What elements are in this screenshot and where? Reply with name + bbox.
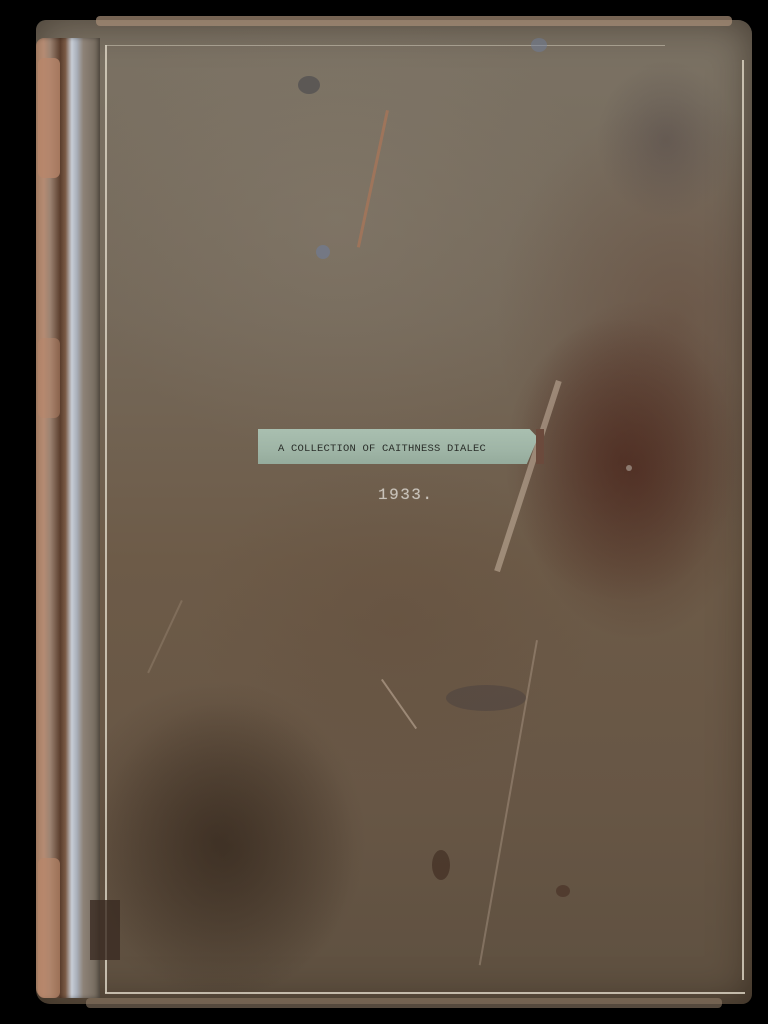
spine-wear: [38, 58, 60, 178]
border-rule-right: [742, 60, 744, 980]
title-label: A COLLECTION OF CAITHNESS DIALEC: [258, 429, 538, 464]
stain-spot: [626, 465, 632, 471]
scratch-mark: [357, 110, 389, 248]
stain-spot: [446, 685, 526, 711]
book-spine: [36, 38, 100, 998]
stain-spot: [298, 76, 320, 94]
title-label-shadow: [536, 429, 544, 464]
cover-date: 1933.: [378, 486, 434, 504]
scratch-mark: [381, 679, 417, 729]
stain-spot: [556, 885, 570, 897]
water-stain: [596, 60, 736, 220]
book-cover: [36, 20, 752, 1004]
stain-spot: [316, 245, 330, 259]
title-label-text: A COLLECTION OF CAITHNESS DIALEC: [258, 443, 486, 455]
stain-spot: [432, 850, 450, 880]
border-rule-top: [105, 45, 665, 46]
water-stain: [96, 700, 356, 1000]
spine-wear: [38, 858, 60, 998]
dark-patch: [90, 900, 120, 960]
scratch-mark: [147, 600, 183, 673]
stain-spot: [531, 38, 547, 52]
spine-wear: [38, 338, 60, 418]
